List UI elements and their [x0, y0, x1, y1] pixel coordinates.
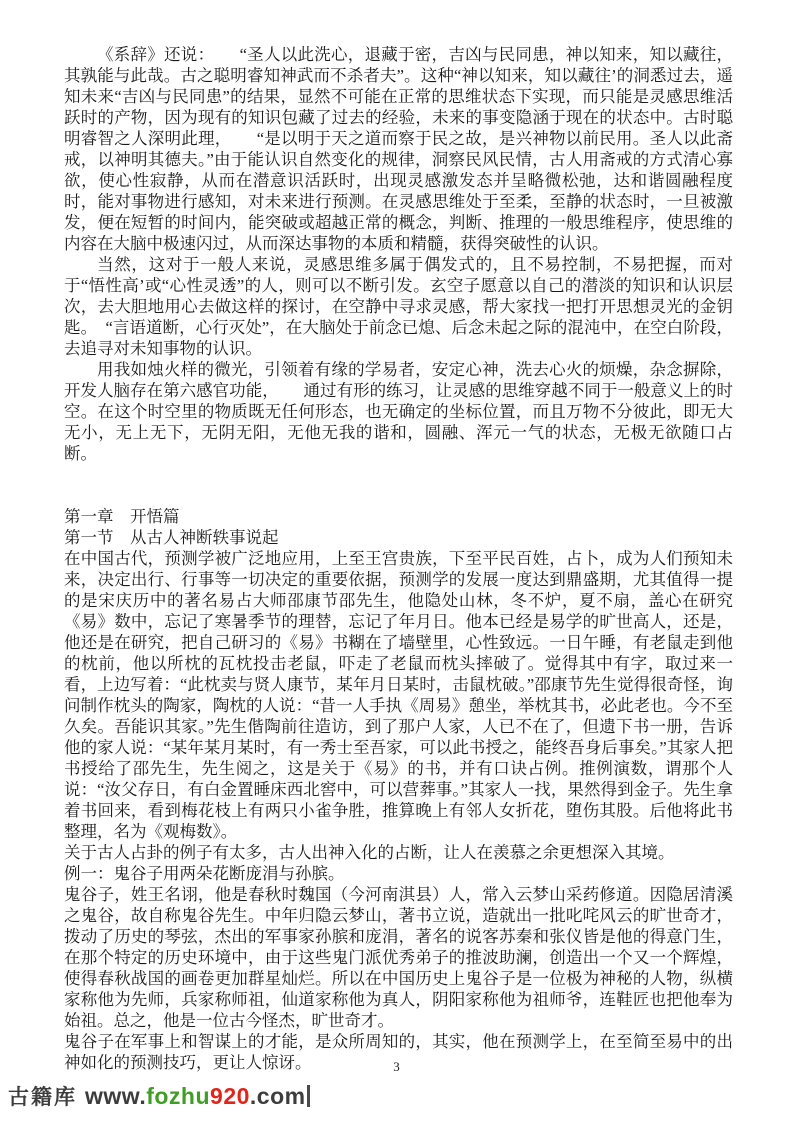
- watermark-url-fozhu: fozhu: [146, 1083, 210, 1109]
- paragraph-xici-quote: 《系辞》还说： “圣人以此洗心，退藏于密，吉凶与民同患，神以知来，知以藏往，其孰…: [64, 44, 733, 254]
- chapter-heading: 第一章 开悟篇: [64, 506, 733, 527]
- watermark-logo: 古籍库www.fozhu920.com: [8, 1081, 310, 1111]
- watermark-url: www.fozhu920.com: [85, 1083, 306, 1110]
- document-page: 《系辞》还说： “圣人以此洗心，退藏于密，吉凶与民同患，神以知来，知以藏往，其孰…: [0, 0, 793, 1122]
- paragraph-shaokangjie-story: 在中国古代，预测学被广泛地应用，上至王宫贵族，下至平民百姓，占卜，成为人们预知未…: [64, 548, 733, 842]
- page-number: 3: [0, 1059, 793, 1075]
- watermark-cursor-bar: [307, 1085, 310, 1107]
- watermark-url-com: .com: [250, 1083, 306, 1109]
- paragraph-example1-title: 例一：鬼谷子用两朵花断庞涓与孙膑。: [64, 863, 733, 884]
- paragraph-guiguzi-bio: 鬼谷子，姓王名诩，他是春秋时魏国（今河南淇县）人，常入云梦山采药修道。因隐居清溪…: [64, 884, 733, 1031]
- paragraph-examples-intro: 关于古人占卦的例子有太多，古人出神入化的占断，让人在羡慕之余更想深入其境。: [64, 842, 733, 863]
- watermark-site-name: 古籍库: [8, 1081, 77, 1111]
- watermark-url-www: www.: [85, 1083, 146, 1109]
- paragraph-dangran: 当然，这对于一般人来说，灵感思维多属于偶发式的，且不易控制，不易把握，而对于“悟…: [64, 254, 733, 359]
- paragraph-yongwo: 用我如烛火样的微光，引领着有缘的学易者，安定心神，洗去心火的烦燥，杂念摒除，开发…: [64, 359, 733, 464]
- text-block: 《系辞》还说： “圣人以此洗心，退藏于密，吉凶与民同患，神以知来，知以藏往，其孰…: [64, 44, 733, 1073]
- watermark-url-920: 920: [210, 1083, 250, 1109]
- section-heading: 第一节 从古人神断轶事说起: [64, 527, 733, 548]
